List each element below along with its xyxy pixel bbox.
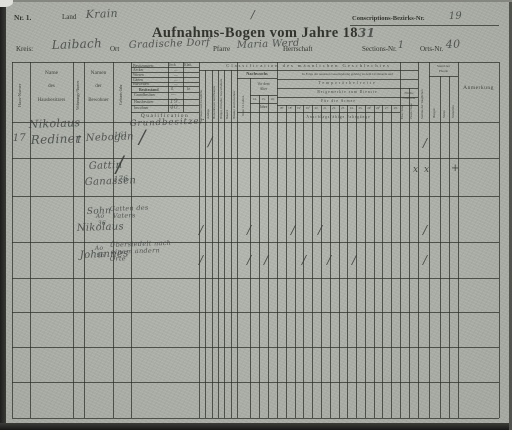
sheet-number: Nr. 1.: [14, 13, 31, 22]
herrschaft-label: Herrschaft: [283, 45, 313, 53]
grid-line-vertical: [259, 95, 260, 418]
pferde-col-2: Wallachen: [451, 80, 455, 118]
ink-mark: /: [247, 254, 251, 266]
armee-age-9: 25.: [356, 106, 365, 110]
ort-value: Gradische Dorf: [129, 37, 211, 51]
ink-mark: /: [423, 224, 427, 236]
ink-mark: /: [116, 155, 123, 177]
entry-owner-surname: Rediner: [31, 131, 82, 147]
grid-line-horizontal: [131, 92, 199, 93]
grid-line-vertical: [429, 62, 430, 418]
armee-age-4: 20.: [312, 106, 321, 110]
grid-line-horizontal: [12, 347, 499, 348]
pfarre-label: Pfarre: [213, 45, 230, 53]
orts-label: Orts-Nr.: [420, 45, 443, 53]
entry-r2-name: Ganassen: [85, 175, 137, 188]
grid-line-vertical: [347, 105, 348, 418]
steuer-row-0: Grundbesitzer: [134, 93, 156, 97]
grid-line-horizontal: [131, 112, 199, 113]
grid-line-vertical: [418, 62, 419, 418]
ink-mark: /: [208, 136, 212, 149]
grid-line-vertical: [400, 62, 401, 418]
steuer-row-1: Hausbesitzer: [134, 100, 154, 104]
entry-r4-note-3: Orte: [110, 254, 126, 263]
grid-line-vertical: [84, 62, 85, 418]
entry-owner-firstname: Nikolaus: [29, 116, 81, 131]
grid-line-vertical: [268, 95, 269, 418]
entry-r1-year: 161: [114, 131, 129, 139]
armee-age-12: 27.: [382, 106, 391, 110]
grid-line-horizontal: [237, 112, 277, 113]
col-haus-nr-label: Haus-Numer: [17, 72, 22, 118]
grid-line-vertical: [12, 62, 13, 418]
photo-corner-speck: [0, 0, 13, 7]
armee-age-8: 24.: [347, 106, 356, 110]
nachwuchs-age-2: 16.: [268, 97, 277, 101]
nachwuchs-sub2: Alter: [250, 87, 277, 91]
col-owner-l1: Name: [30, 70, 73, 76]
anmerkung-label: Anmerkung: [458, 85, 499, 91]
grid-line-horizontal: [131, 72, 199, 73]
grid-line-horizontal: [199, 70, 418, 71]
ink-mark: /: [199, 254, 203, 266]
entry-wohnung-nr: 1: [76, 135, 83, 146]
grid-line-horizontal: [131, 99, 199, 100]
col-bewohner-l2: der: [84, 84, 113, 89]
steuer-col1: fl.: [171, 87, 174, 91]
grid-line-vertical: [339, 105, 340, 418]
ink-mark: /: [264, 254, 268, 266]
grid-line-horizontal: [277, 88, 418, 89]
armee-age-5: 21.: [321, 106, 330, 110]
conscription-district-value: 19: [449, 11, 463, 22]
grid-line-horizontal: [250, 103, 277, 104]
grid-line-horizontal: [12, 382, 499, 383]
col-bewohner-l1: Namen: [84, 70, 113, 76]
total-col-label: Summe der Tauglichen: [420, 73, 424, 119]
ink-mark: /: [251, 9, 255, 20]
ink-mark: /: [327, 254, 331, 266]
ink-mark: /: [352, 254, 356, 266]
ink-mark: /: [423, 254, 427, 266]
status-col-3: Bürger, Künstler, Gewerbsleute: [219, 73, 223, 119]
status-col-4: Bauern: [225, 73, 229, 119]
kreis-value: Laibach: [52, 36, 103, 52]
nachwuchs-age-1: 15.: [259, 97, 268, 101]
ink-mark: /: [291, 224, 295, 236]
sections-label: Sections-Nr.: [362, 45, 397, 53]
grid-line-vertical: [73, 62, 74, 418]
grid-line-horizontal: [131, 82, 199, 83]
nachwuchs-age-0: 14.: [250, 97, 259, 101]
grid-line-horizontal: [277, 112, 400, 113]
grid-line-horizontal: [131, 86, 199, 87]
grid-line-horizontal: [237, 78, 277, 79]
armee-age-6: 22.: [330, 106, 339, 110]
col-bewohner-l3: Bewohner: [84, 98, 113, 103]
grid-line-vertical: [277, 62, 278, 418]
grid-line-vertical: [499, 62, 500, 418]
photo-edge-left: [0, 5, 6, 430]
grid-line-vertical: [286, 105, 287, 418]
entry-haus-nr: 17: [13, 133, 27, 144]
status-col-2: Honoratioren und Beamte: [212, 73, 216, 119]
grid-line-vertical: [391, 105, 392, 418]
grid-line-vertical: [295, 105, 296, 418]
grid-line-vertical: [312, 105, 313, 418]
grid-line-vertical: [374, 105, 375, 418]
form-title-year-handwritten: 31: [358, 26, 375, 40]
ink-mark: /: [318, 224, 322, 236]
nachwuchs-side: Unter 14 Jahren: [241, 82, 245, 116]
orts-value: 40: [446, 37, 461, 51]
grid-line-horizontal: [277, 105, 418, 106]
grid-line-vertical: [356, 105, 357, 418]
grid-line-horizontal: [12, 158, 499, 159]
grid-line-vertical: [199, 62, 200, 418]
col-owner-l3: Hausbesitzers: [30, 98, 73, 103]
ink-mark: /: [302, 254, 306, 266]
ort-label: Ort: [110, 45, 119, 53]
grid-line-horizontal: [277, 79, 418, 80]
nachwuchs-foot: Jahre: [250, 105, 277, 109]
ink-mark: /: [199, 224, 203, 236]
grid-line-horizontal: [12, 278, 499, 279]
ink-mark: /: [423, 137, 427, 149]
grid-line-vertical: [440, 76, 441, 418]
grid-line-horizontal: [12, 196, 499, 197]
armee-age-11: 26²: [374, 106, 383, 110]
col-owner-l2: des: [30, 84, 73, 89]
grid-line-horizontal: [12, 62, 499, 63]
ink-mark: x: [413, 166, 418, 175]
armee-age-13: 28.: [391, 106, 400, 110]
grid-line-vertical: [365, 105, 366, 418]
grid-line-vertical: [458, 62, 459, 418]
armee-age-0: 18¹: [277, 106, 286, 110]
land-value: Krain: [86, 7, 119, 21]
grid-line-horizontal: [131, 77, 199, 78]
land-label: Land: [62, 13, 76, 21]
status-col-5: Häusler und Inwohner: [232, 73, 236, 119]
armee-line1: In Folge der neuesten Gesetzgebung gehör…: [277, 72, 418, 76]
nachwuchs-title: Nachwuchs: [237, 71, 277, 76]
armee-age-7: 23.: [339, 106, 348, 110]
grid-line-horizontal: [12, 242, 499, 243]
grid-line-vertical: [409, 88, 410, 418]
armee-line3: Beigemerkte zum Dienste: [277, 90, 418, 94]
grid-line-horizontal: [131, 67, 199, 68]
entry-r3-note-2: Vaters: [113, 211, 136, 220]
ink-mark: x: [424, 166, 429, 175]
grid-line-vertical: [382, 105, 383, 418]
grid-line-horizontal: [12, 122, 499, 123]
status-col-1: Adelige: [206, 73, 210, 119]
conscription-district-label: Conscriptions-Bezirks-Nr.: [352, 15, 425, 22]
grid-line-vertical: [449, 76, 450, 418]
col-geburtsjahr-label: Geburts-Jahr: [118, 72, 123, 118]
nachwuchs-sub1: Vor dem: [250, 82, 277, 86]
entry-r3-year-2: 36: [98, 220, 106, 227]
grid-line-horizontal: [12, 312, 499, 313]
entry-r4-year-2: 96: [97, 252, 105, 259]
armee-age-3: 19²: [303, 106, 312, 110]
ink-mark: /: [247, 224, 251, 236]
grid-line-vertical: [250, 78, 251, 418]
steuer-row-2: Inwohner: [134, 106, 149, 110]
ink-mark: /: [139, 128, 145, 147]
armee-age-10: 26¹: [365, 106, 374, 110]
grid-line-vertical: [321, 105, 322, 418]
photo-edge-top: [0, 0, 512, 2]
armee-line2: Temporärbefreite: [277, 81, 418, 85]
grid-line-vertical: [30, 62, 31, 418]
grid-line-horizontal: [250, 95, 277, 96]
grid-line-horizontal: [12, 418, 499, 419]
steuer-col2: kr.: [187, 87, 191, 91]
grid-line-horizontal: [277, 97, 418, 98]
armee-line4: Für die Armee: [277, 99, 400, 103]
armee-age-1: 18²: [286, 106, 295, 110]
kreis-label: Kreis:: [16, 45, 33, 53]
grid-line-horizontal: [131, 105, 199, 106]
sections-value: 1: [398, 40, 405, 51]
photo-edge-bottom: [0, 423, 512, 430]
classification-title: Classification des männlichen Geschlecht…: [199, 63, 418, 68]
pferde-col-0: Hengste: [432, 80, 436, 118]
grid-line-vertical: [237, 62, 238, 418]
pferde-title-2: Pferde: [429, 69, 458, 73]
pferde-title-1: Stand der: [429, 64, 458, 68]
ink-mark: +: [451, 164, 459, 174]
armee-age-2: 19¹: [295, 106, 304, 110]
scanned-conscription-form: Nr. 1. Land Krain Conscriptions-Bezirks-…: [0, 0, 512, 430]
grid-line-horizontal: [429, 76, 458, 77]
col-wohnung-label: Wohnungs-Numer: [75, 72, 80, 118]
pferde-col-1: Stuten: [442, 80, 446, 118]
